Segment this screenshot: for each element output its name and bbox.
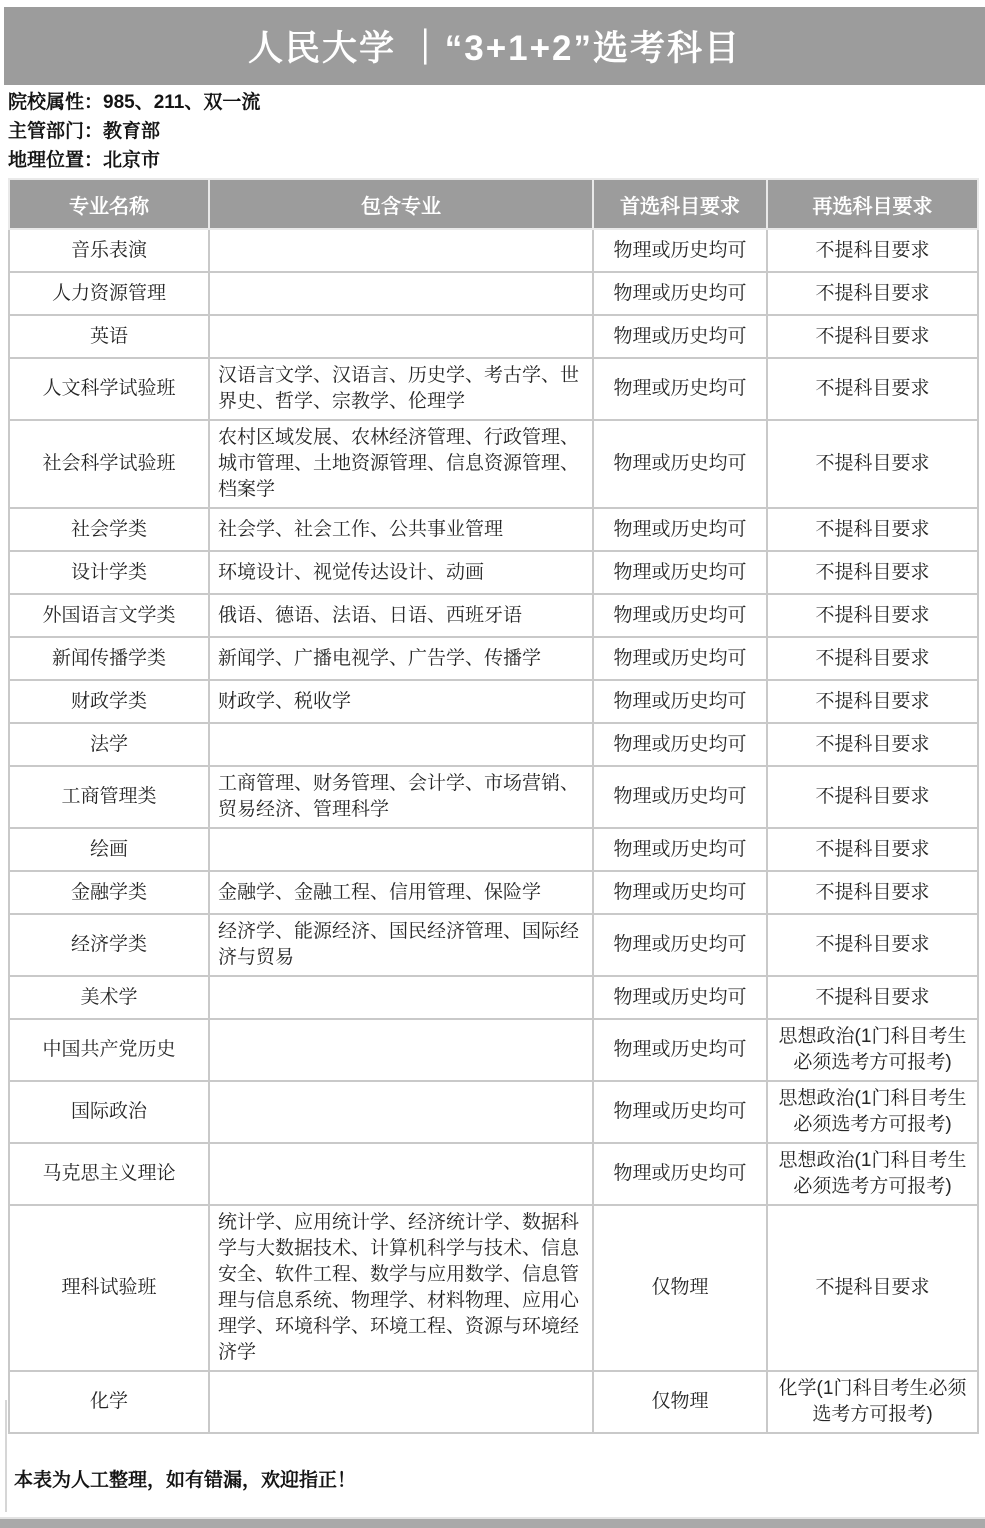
second-subject-cell: 思想政治(1门科目考生必须选考方可报考)	[767, 1143, 978, 1205]
info-line-location: 地理位置：北京市	[8, 146, 260, 175]
table-row: 工商管理类 工商管理、财务管理、会计学、市场营销、贸易经济、管理科学 物理或历史…	[9, 766, 978, 828]
includes-cell: 新闻学、广播电视学、广告学、传播学	[209, 637, 593, 680]
major-cell: 新闻传播学类	[9, 637, 209, 680]
second-subject-cell: 不提科目要求	[767, 976, 978, 1019]
table-row: 理科试验班 统计学、应用统计学、经济统计学、数据科学与大数据技术、计算机科学与技…	[9, 1205, 978, 1371]
includes-cell: 财政学、税收学	[209, 680, 593, 723]
includes-cell	[209, 976, 593, 1019]
second-subject-cell: 不提科目要求	[767, 272, 978, 315]
table-row: 金融学类 金融学、金融工程、信用管理、保险学 物理或历史均可 不提科目要求	[9, 871, 978, 914]
first-subject-cell: 物理或历史均可	[593, 680, 767, 723]
second-subject-cell: 不提科目要求	[767, 1205, 978, 1371]
second-subject-cell: 不提科目要求	[767, 766, 978, 828]
first-subject-cell: 物理或历史均可	[593, 828, 767, 871]
table-row: 经济学类 经济学、能源经济、国民经济管理、国际经济与贸易 物理或历史均可 不提科…	[9, 914, 978, 976]
first-subject-cell: 物理或历史均可	[593, 1143, 767, 1205]
includes-cell	[209, 1081, 593, 1143]
major-cell: 化学	[9, 1371, 209, 1433]
includes-cell	[209, 315, 593, 358]
header-major: 专业名称	[9, 179, 209, 229]
table-row: 财政学类 财政学、税收学 物理或历史均可 不提科目要求	[9, 680, 978, 723]
major-cell: 经济学类	[9, 914, 209, 976]
second-subject-cell: 不提科目要求	[767, 828, 978, 871]
first-subject-cell: 仅物理	[593, 1371, 767, 1433]
second-subject-cell: 不提科目要求	[767, 420, 978, 508]
major-cell: 金融学类	[9, 871, 209, 914]
table-header-row: 专业名称 包含专业 首选科目要求 再选科目要求	[9, 179, 978, 229]
major-cell: 美术学	[9, 976, 209, 1019]
major-cell: 人文科学试验班	[9, 358, 209, 420]
second-subject-cell: 不提科目要求	[767, 229, 978, 272]
table-row: 法学 物理或历史均可 不提科目要求	[9, 723, 978, 766]
table-row: 社会科学试验班 农村区域发展、农林经济管理、行政管理、城市管理、土地资源管理、信…	[9, 420, 978, 508]
first-subject-cell: 物理或历史均可	[593, 315, 767, 358]
second-subject-cell: 不提科目要求	[767, 358, 978, 420]
first-subject-cell: 物理或历史均可	[593, 272, 767, 315]
title-banner: 人民大学 ｜“3+1+2”选考科目	[4, 7, 985, 85]
second-subject-cell: 不提科目要求	[767, 637, 978, 680]
table-row: 新闻传播学类 新闻学、广播电视学、广告学、传播学 物理或历史均可 不提科目要求	[9, 637, 978, 680]
table-row: 国际政治 物理或历史均可 思想政治(1门科目考生必须选考方可报考)	[9, 1081, 978, 1143]
major-cell: 社会学类	[9, 508, 209, 551]
includes-cell	[209, 723, 593, 766]
first-subject-cell: 物理或历史均可	[593, 594, 767, 637]
table-row: 英语 物理或历史均可 不提科目要求	[9, 315, 978, 358]
second-subject-cell: 不提科目要求	[767, 594, 978, 637]
major-cell: 国际政治	[9, 1081, 209, 1143]
table-row: 绘画 物理或历史均可 不提科目要求	[9, 828, 978, 871]
major-cell: 中国共产党历史	[9, 1019, 209, 1081]
header-first-subject: 首选科目要求	[593, 179, 767, 229]
second-subject-cell: 不提科目要求	[767, 508, 978, 551]
first-subject-cell: 物理或历史均可	[593, 551, 767, 594]
first-subject-cell: 物理或历史均可	[593, 976, 767, 1019]
major-cell: 绘画	[9, 828, 209, 871]
table-row: 外国语言文学类 俄语、德语、法语、日语、西班牙语 物理或历史均可 不提科目要求	[9, 594, 978, 637]
first-subject-cell: 物理或历史均可	[593, 914, 767, 976]
includes-cell: 社会学、社会工作、公共事业管理	[209, 508, 593, 551]
major-cell: 理科试验班	[9, 1205, 209, 1371]
includes-cell	[209, 229, 593, 272]
first-subject-cell: 物理或历史均可	[593, 637, 767, 680]
major-cell: 音乐表演	[9, 229, 209, 272]
page-title: 人民大学 ｜“3+1+2”选考科目	[248, 21, 741, 71]
includes-cell	[209, 1019, 593, 1081]
first-subject-cell: 物理或历史均可	[593, 1081, 767, 1143]
second-subject-cell: 不提科目要求	[767, 551, 978, 594]
first-subject-cell: 物理或历史均可	[593, 871, 767, 914]
table-row: 设计学类 环境设计、视觉传达设计、动画 物理或历史均可 不提科目要求	[9, 551, 978, 594]
includes-cell: 经济学、能源经济、国民经济管理、国际经济与贸易	[209, 914, 593, 976]
table-row: 社会学类 社会学、社会工作、公共事业管理 物理或历史均可 不提科目要求	[9, 508, 978, 551]
second-subject-cell: 化学(1门科目考生必须选考方可报考)	[767, 1371, 978, 1433]
table-row: 音乐表演 物理或历史均可 不提科目要求	[9, 229, 978, 272]
subjects-table: 专业名称 包含专业 首选科目要求 再选科目要求 音乐表演 物理或历史均可 不提科…	[8, 178, 979, 1434]
header-second-subject: 再选科目要求	[767, 179, 978, 229]
second-subject-cell: 不提科目要求	[767, 723, 978, 766]
includes-cell	[209, 272, 593, 315]
first-subject-cell: 仅物理	[593, 1205, 767, 1371]
major-cell: 设计学类	[9, 551, 209, 594]
includes-cell	[209, 828, 593, 871]
includes-cell: 汉语言文学、汉语言、历史学、考古学、世界史、哲学、宗教学、伦理学	[209, 358, 593, 420]
major-cell: 英语	[9, 315, 209, 358]
info-line-department: 主管部门：教育部	[8, 117, 260, 146]
table-row: 中国共产党历史 物理或历史均可 思想政治(1门科目考生必须选考方可报考)	[9, 1019, 978, 1081]
major-cell: 工商管理类	[9, 766, 209, 828]
header-includes: 包含专业	[209, 179, 593, 229]
table-row: 人文科学试验班 汉语言文学、汉语言、历史学、考古学、世界史、哲学、宗教学、伦理学…	[9, 358, 978, 420]
school-info: 院校属性：985、211、双一流 主管部门：教育部 地理位置：北京市	[8, 88, 260, 175]
major-cell: 社会科学试验班	[9, 420, 209, 508]
includes-cell: 环境设计、视觉传达设计、动画	[209, 551, 593, 594]
includes-cell: 俄语、德语、法语、日语、西班牙语	[209, 594, 593, 637]
info-line-attributes: 院校属性：985、211、双一流	[8, 88, 260, 117]
first-subject-cell: 物理或历史均可	[593, 766, 767, 828]
table-row: 化学 仅物理 化学(1门科目考生必须选考方可报考)	[9, 1371, 978, 1433]
page: 人民大学 ｜“3+1+2”选考科目 院校属性：985、211、双一流 主管部门：…	[0, 0, 985, 1528]
second-subject-cell: 不提科目要求	[767, 315, 978, 358]
table-row: 马克思主义理论 物理或历史均可 思想政治(1门科目考生必须选考方可报考)	[9, 1143, 978, 1205]
major-cell: 财政学类	[9, 680, 209, 723]
includes-cell: 农村区域发展、农林经济管理、行政管理、城市管理、土地资源管理、信息资源管理、档案…	[209, 420, 593, 508]
table-body: 音乐表演 物理或历史均可 不提科目要求 人力资源管理 物理或历史均可 不提科目要…	[9, 229, 978, 1433]
table-row: 美术学 物理或历史均可 不提科目要求	[9, 976, 978, 1019]
includes-cell: 金融学、金融工程、信用管理、保险学	[209, 871, 593, 914]
first-subject-cell: 物理或历史均可	[593, 1019, 767, 1081]
major-cell: 外国语言文学类	[9, 594, 209, 637]
second-subject-cell: 思想政治(1门科目考生必须选考方可报考)	[767, 1081, 978, 1143]
footer-note: 本表为人工整理，如有错漏，欢迎指正！	[14, 1465, 356, 1492]
second-subject-cell: 不提科目要求	[767, 914, 978, 976]
second-subject-cell: 不提科目要求	[767, 680, 978, 723]
first-subject-cell: 物理或历史均可	[593, 229, 767, 272]
table-row: 人力资源管理 物理或历史均可 不提科目要求	[9, 272, 978, 315]
includes-cell	[209, 1371, 593, 1433]
left-edge-border	[5, 1400, 7, 1512]
includes-cell: 统计学、应用统计学、经济统计学、数据科学与大数据技术、计算机科学与技术、信息安全…	[209, 1205, 593, 1371]
major-cell: 人力资源管理	[9, 272, 209, 315]
second-subject-cell: 思想政治(1门科目考生必须选考方可报考)	[767, 1019, 978, 1081]
first-subject-cell: 物理或历史均可	[593, 358, 767, 420]
first-subject-cell: 物理或历史均可	[593, 723, 767, 766]
bottom-bar	[0, 1517, 985, 1528]
first-subject-cell: 物理或历史均可	[593, 420, 767, 508]
major-cell: 法学	[9, 723, 209, 766]
major-cell: 马克思主义理论	[9, 1143, 209, 1205]
first-subject-cell: 物理或历史均可	[593, 508, 767, 551]
includes-cell: 工商管理、财务管理、会计学、市场营销、贸易经济、管理科学	[209, 766, 593, 828]
includes-cell	[209, 1143, 593, 1205]
second-subject-cell: 不提科目要求	[767, 871, 978, 914]
